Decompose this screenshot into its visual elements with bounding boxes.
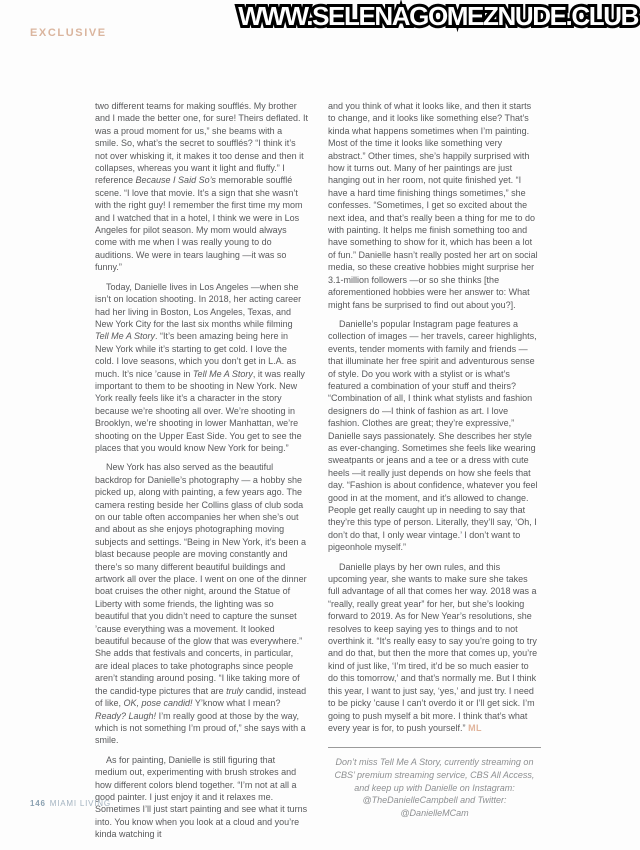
italic-phrase: OK, pose candid! bbox=[124, 698, 193, 708]
text-run: and you think of what it looks like, and… bbox=[328, 101, 538, 310]
text-run: Danielle’s popular Instagram page featur… bbox=[328, 319, 537, 552]
author-initials: ML bbox=[468, 723, 482, 733]
article-paragraph: New York has also served as the beautifu… bbox=[95, 461, 308, 746]
text-run: Y’know what I mean? bbox=[193, 698, 281, 708]
text-run: Danielle plays by her own rules, and thi… bbox=[328, 562, 537, 733]
italic-phrase: truly bbox=[226, 686, 243, 696]
article-paragraph: Danielle’s popular Instagram page featur… bbox=[328, 318, 541, 554]
italic-phrase: Ready? Laugh! bbox=[95, 711, 156, 721]
text-run: , it was really important to them to be … bbox=[95, 369, 305, 453]
page-footer: 146MIAMI LIVING bbox=[30, 799, 111, 808]
publication-name: MIAMI LIVING bbox=[50, 799, 111, 808]
article-paragraph: and you think of what it looks like, and… bbox=[328, 100, 541, 311]
text-run: two different teams for making soufflés.… bbox=[95, 101, 308, 185]
italic-phrase: Tell Me A Story bbox=[95, 331, 155, 341]
page-number: 146 bbox=[30, 799, 46, 808]
article-paragraph: Today, Danielle lives in Los Angeles —wh… bbox=[95, 281, 308, 455]
article-paragraph: Danielle plays by her own rules, and thi… bbox=[328, 561, 541, 735]
watermark-text: WWW.SELENAGOMEZNUDE.CLUB bbox=[238, 1, 638, 31]
article-paragraph: As for painting, Danielle is still figur… bbox=[95, 754, 308, 841]
article-body: two different teams for making soufflés.… bbox=[95, 100, 542, 848]
exclusive-kicker: EXCLUSIVE bbox=[30, 27, 107, 39]
article-column-left: two different teams for making soufflés.… bbox=[95, 100, 308, 848]
text-run: Today, Danielle lives in Los Angeles —wh… bbox=[95, 282, 301, 329]
article-column-right: and you think of what it looks like, and… bbox=[328, 100, 541, 848]
article-paragraph: two different teams for making soufflés.… bbox=[95, 100, 308, 274]
italic-phrase: Because I Said So’s bbox=[136, 175, 216, 185]
italic-phrase: Tell Me A Story bbox=[193, 369, 253, 379]
text-run: New York has also served as the beautifu… bbox=[95, 462, 307, 695]
streaming-endnote: Don’t miss Tell Me A Story, currently st… bbox=[328, 747, 541, 819]
text-run: memorable soufflé scene. “I love that mo… bbox=[95, 175, 303, 272]
text-run: As for painting, Danielle is still figur… bbox=[95, 755, 307, 839]
watermark-url: WWW.SELENAGOMEZNUDE.CLUB WWW.SELENAGOMEZ… bbox=[238, 0, 638, 34]
magazine-page: WWW.SELENAGOMEZNUDE.CLUB WWW.SELENAGOMEZ… bbox=[0, 0, 640, 850]
